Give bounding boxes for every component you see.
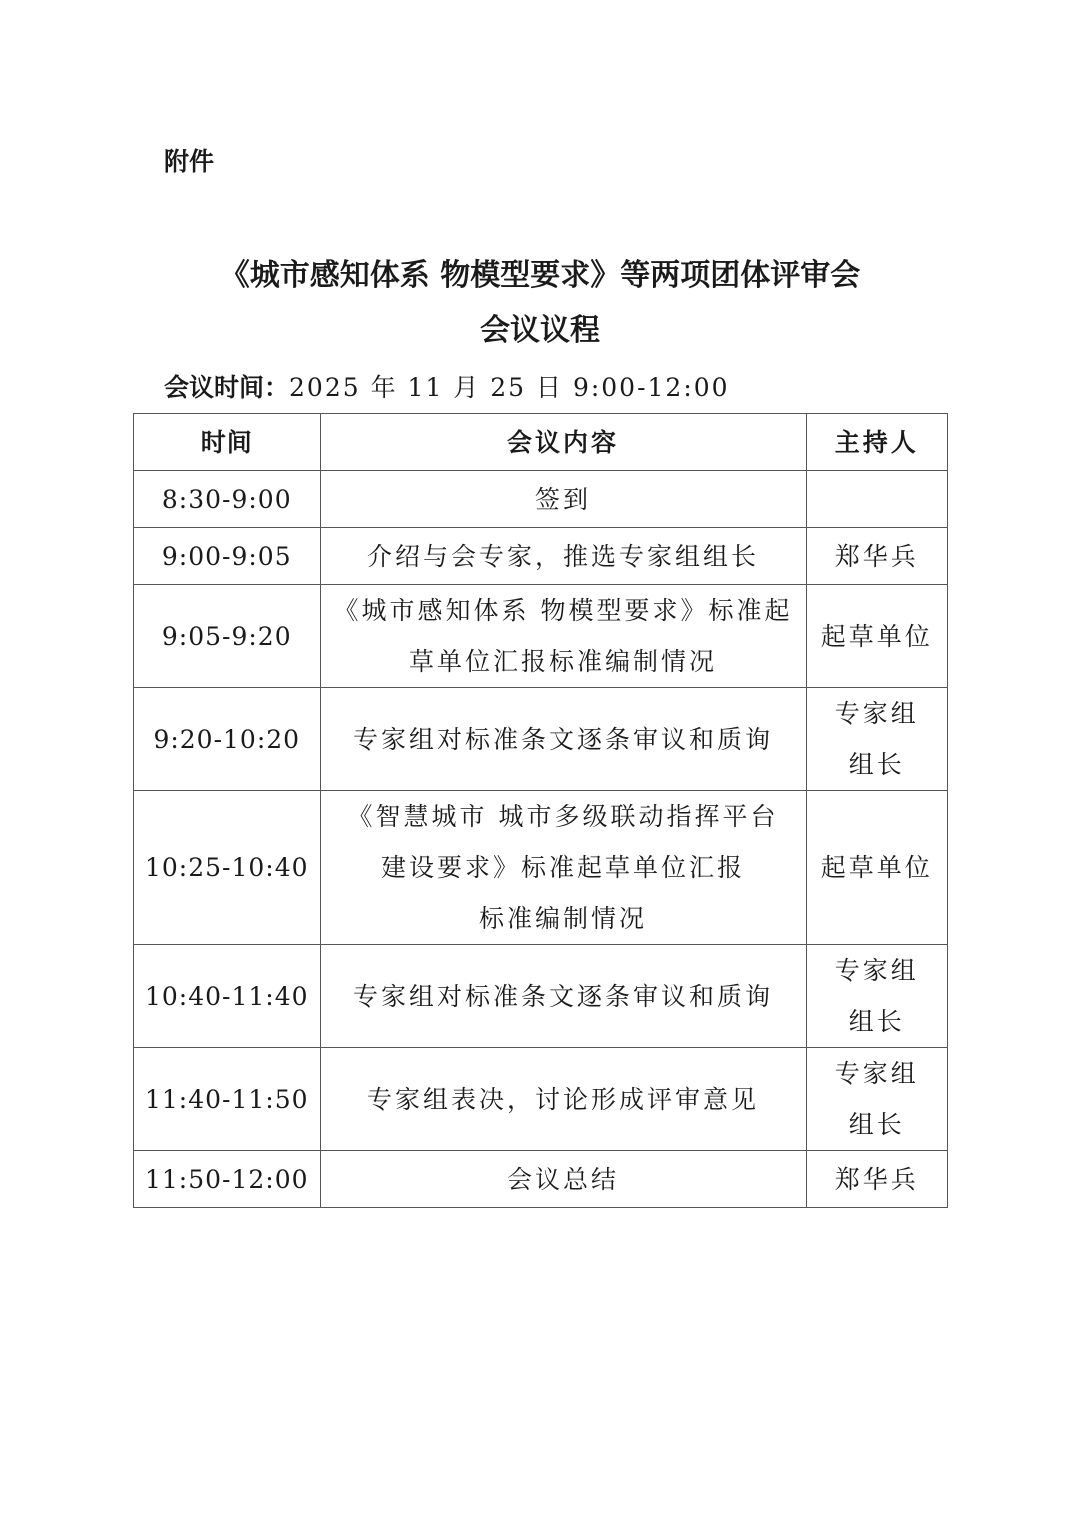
agenda-table: 时间 会议内容 主持人 8:30-9:00签到9:00-9:05介绍与会专家，推…: [133, 413, 948, 1208]
table-row: 8:30-9:00签到: [134, 471, 948, 528]
table-row: 11:40-11:50专家组表决，讨论形成评审意见专家组组长: [134, 1048, 948, 1151]
host-line: 组长: [807, 739, 947, 790]
cell-content: 会议总结: [320, 1151, 806, 1208]
host-line: 组长: [807, 1099, 947, 1150]
cell-time: 9:00-9:05: [134, 528, 321, 585]
host-line: 专家组: [807, 1048, 947, 1099]
content-line: 《智慧城市 城市多级联动指挥平台: [321, 791, 806, 842]
content-line: 专家组对标准条文逐条审议和质询: [321, 971, 806, 1022]
cell-content: 专家组表决，讨论形成评审意见: [320, 1048, 806, 1151]
host-line: 郑华兵: [807, 1154, 947, 1205]
cell-host: [806, 471, 947, 528]
document-subtitle: 会议议程: [0, 305, 1080, 349]
cell-time: 9:05-9:20: [134, 585, 321, 688]
header-time: 时间: [134, 414, 321, 471]
content-line: 草单位汇报标准编制情况: [321, 636, 806, 687]
cell-time: 11:40-11:50: [134, 1048, 321, 1151]
meeting-time: 会议时间：2025 年 11 月 25 日 9:00-12:00: [164, 368, 730, 404]
document-title: 《城市感知体系 物模型要求》等两项团体评审会: [0, 250, 1080, 294]
cell-content: 专家组对标准条文逐条审议和质询: [320, 945, 806, 1048]
host-line: 起草单位: [807, 611, 947, 662]
cell-host: 起草单位: [806, 791, 947, 945]
header-content: 会议内容: [320, 414, 806, 471]
meeting-time-value: 2025 年 11 月 25 日 9:00-12:00: [289, 373, 730, 402]
cell-content: 介绍与会专家，推选专家组组长: [320, 528, 806, 585]
cell-host: 专家组组长: [806, 688, 947, 791]
content-line: 专家组对标准条文逐条审议和质询: [321, 714, 806, 765]
cell-content: 签到: [320, 471, 806, 528]
host-line: 组长: [807, 996, 947, 1047]
host-line: 专家组: [807, 688, 947, 739]
content-line: 签到: [321, 474, 806, 525]
cell-content: 《智慧城市 城市多级联动指挥平台建设要求》标准起草单位汇报标准编制情况: [320, 791, 806, 945]
cell-time: 9:20-10:20: [134, 688, 321, 791]
cell-time: 10:25-10:40: [134, 791, 321, 945]
header-host: 主持人: [806, 414, 947, 471]
table-row: 11:50-12:00会议总结郑华兵: [134, 1151, 948, 1208]
content-line: 《城市感知体系 物模型要求》标准起: [321, 585, 806, 636]
content-line: 介绍与会专家，推选专家组组长: [321, 531, 806, 582]
host-line: 起草单位: [807, 842, 947, 893]
table-row: 9:00-9:05介绍与会专家，推选专家组组长郑华兵: [134, 528, 948, 585]
cell-content: 《城市感知体系 物模型要求》标准起草单位汇报标准编制情况: [320, 585, 806, 688]
cell-time: 10:40-11:40: [134, 945, 321, 1048]
table-row: 10:25-10:40《智慧城市 城市多级联动指挥平台建设要求》标准起草单位汇报…: [134, 791, 948, 945]
content-line: 会议总结: [321, 1154, 806, 1205]
table-row: 9:20-10:20专家组对标准条文逐条审议和质询专家组组长: [134, 688, 948, 791]
cell-host: 专家组组长: [806, 945, 947, 1048]
cell-content: 专家组对标准条文逐条审议和质询: [320, 688, 806, 791]
meeting-time-label: 会议时间：: [164, 373, 289, 402]
table-row: 10:40-11:40专家组对标准条文逐条审议和质询专家组组长: [134, 945, 948, 1048]
host-line: 专家组: [807, 945, 947, 996]
cell-host: 郑华兵: [806, 1151, 947, 1208]
attachment-label: 附件: [164, 142, 214, 178]
cell-host: 专家组组长: [806, 1048, 947, 1151]
content-line: 专家组表决，讨论形成评审意见: [321, 1074, 806, 1125]
cell-time: 11:50-12:00: [134, 1151, 321, 1208]
cell-time: 8:30-9:00: [134, 471, 321, 528]
cell-host: 起草单位: [806, 585, 947, 688]
content-line: 标准编制情况: [321, 893, 806, 944]
content-line: 建设要求》标准起草单位汇报: [321, 842, 806, 893]
agenda-body: 8:30-9:00签到9:00-9:05介绍与会专家，推选专家组组长郑华兵9:0…: [134, 471, 948, 1208]
host-line: 郑华兵: [807, 531, 947, 582]
table-row: 9:05-9:20《城市感知体系 物模型要求》标准起草单位汇报标准编制情况起草单…: [134, 585, 948, 688]
table-header-row: 时间 会议内容 主持人: [134, 414, 948, 471]
cell-host: 郑华兵: [806, 528, 947, 585]
